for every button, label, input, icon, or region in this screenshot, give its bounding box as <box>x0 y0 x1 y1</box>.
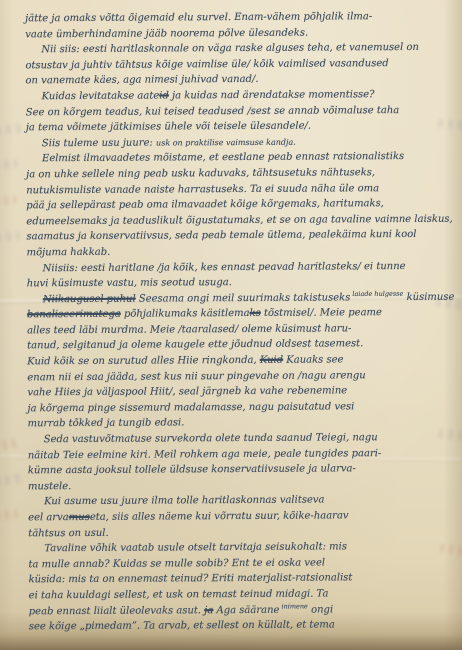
text-segment: jätte ja omaks võtta õigemaid elu survel… <box>25 11 372 24</box>
text-segment: huvi küsimuste vastu, mis seotud usuga. <box>27 277 232 289</box>
text-segment: Kuidas levitatakse aate <box>42 90 160 102</box>
text-segment: enam nii ei saa jääda, sest kus nii suur… <box>27 370 365 383</box>
text-segment: vahe Hiies ja väljaspool Hiit/, seal jär… <box>27 386 347 399</box>
text-segment: eel arva <box>28 512 69 523</box>
text-segment: murrab tõkked ja tungib edasi. <box>28 418 185 430</box>
text-segment: tähtsus on usul. <box>28 527 108 538</box>
bleedthrough-mark <box>0 195 17 207</box>
text-segment: ja kõrgema pinge sissemurd madalamasse, … <box>27 401 354 414</box>
bleedthrough-mark <box>0 509 19 522</box>
text-segment: on vanemate käes, aga nimesi juhivad van… <box>25 74 258 86</box>
handwritten-line: Niikaugusel puhul Seesama ongi meil suur… <box>27 289 458 307</box>
text-segment: Nii siis: eesti haritlaskonnale on väga … <box>41 42 419 55</box>
text-segment: Kuid kõik se on surutud alles Hiie ringk… <box>27 355 260 367</box>
text-segment: põhjalikumaks käsitlema <box>121 308 250 320</box>
text-segment: see kõige „pimedam”. Ta arvab, et selles… <box>29 620 335 633</box>
text-segment: ta mulle annab? Kuidas se mulle sobib? E… <box>28 557 325 570</box>
handwritten-line: saamatus ja konservatiivsus, seda peab t… <box>26 227 457 245</box>
struck-text-segment: ks <box>250 308 261 319</box>
letter-page: jätte ja omaks võtta õigemaid elu survel… <box>0 0 462 650</box>
handwritten-line: Nii siis: eesti haritlaskonnale on väga … <box>25 40 456 58</box>
struck-text-segment: id <box>159 90 169 101</box>
text-segment: mõjuma hakkab. <box>27 247 111 259</box>
bleedthrough-mark <box>0 123 22 136</box>
letter-body: jätte ja omaks võtta õigemaid elu survel… <box>25 9 460 635</box>
text-segment: vaate ümberhindamine jääb noorema põlve … <box>25 27 308 40</box>
handwritten-line: Eelmist ilmavaadetes mõistame, et eestla… <box>26 149 457 167</box>
text-segment: Niisiis: eesti haritlane /ja kõik, kes e… <box>43 261 406 274</box>
text-segment: edumeelsemaks ja teaduslikult õigustatum… <box>26 213 452 227</box>
text-segment: pää ja sellepärast peab oma ilmavaadet k… <box>26 198 384 211</box>
bleedthrough-mark <box>0 159 18 170</box>
text-segment: See on kõrgem teadus, kui teised teaduse… <box>26 105 400 118</box>
text-segment: Seesama ongi meil suurimaks takistuseks <box>136 292 351 304</box>
text-segment: ja tema võimete jätkimises ühele või tei… <box>26 121 311 134</box>
handwritten-line: Niisiis: eesti haritlane /ja kõik, kes e… <box>27 258 458 276</box>
struck-text-segment: Niikaugusel puhul <box>43 293 136 305</box>
text-segment: küsida: mis ta on ennemast teinud? Eriti… <box>29 573 353 586</box>
text-segment: mustele. <box>28 481 71 492</box>
text-segment: Kui asume usu juure ilma tolle haritlask… <box>44 495 324 508</box>
text-segment: nutukismuliste vanade naiste harrastusek… <box>26 183 379 196</box>
text-segment: Siis tuleme usu juure: <box>42 137 156 149</box>
text-segment: ongi <box>308 604 333 615</box>
handwritten-line: See on kõrgem teadus, kui teised teaduse… <box>26 102 457 120</box>
bleedthrough-mark <box>0 231 20 242</box>
text-segment: ja kuidas nad ärendatakse momentisse? <box>169 89 375 101</box>
struck-text-segment: ja <box>204 605 213 616</box>
text-segment: Kauaks see <box>283 354 343 365</box>
text-segment: usk on praktilise vaimsuse kandja. <box>156 137 296 147</box>
text-segment: ja on uhke sellele ning peab usku kaduva… <box>26 167 375 180</box>
text-segment: küsimuse <box>403 291 454 302</box>
text-segment: otsustav ja juhtiv tähtsus kõige vaimlis… <box>25 58 388 71</box>
struck-text-segment: Kuid <box>260 355 283 366</box>
text-segment: näitab Teie eelmine kiri. Meil rohkem ag… <box>28 448 382 461</box>
text-segment: peab ennast liialt üleolevaks asut. <box>29 605 205 617</box>
text-segment: kümne aasta jooksul tollele üldsuse kons… <box>28 464 356 477</box>
text-segment: tõstmisel/. Meie peame <box>261 307 382 319</box>
handwritten-line: see kõige „pimedam”. Ta arvab, et selles… <box>29 617 460 635</box>
text-segment: Seda vastuvõtmatuse survekorda olete tun… <box>44 432 378 445</box>
text-segment: Tavaline võhik vaatab usule otselt tarvi… <box>44 542 347 555</box>
bleedthrough-mark <box>0 473 22 487</box>
inserted-text-segment: inimene <box>279 602 308 610</box>
struck-text-segment: banaliseerimatega <box>27 309 121 321</box>
text-segment: Eelmist ilmavaadetes mõistame, et eestla… <box>42 151 404 164</box>
text-segment: saamatus ja konservatiivsus, seda peab t… <box>26 229 416 242</box>
text-segment: tanud, selgitanud ja oleme kaugele ette … <box>27 339 363 352</box>
struck-text-segment: mus <box>69 512 90 523</box>
bleedthrough-mark <box>0 438 19 452</box>
text-segment: ei taha kuuldagi sellest, et usk on tema… <box>29 588 329 601</box>
text-segment: eta, siis alles näeme kui võrratu suur, … <box>90 510 349 523</box>
text-segment: alles teed läbi murdma. Meie /taaralased… <box>27 323 351 336</box>
inserted-text-segment: laiade hulgesse <box>350 289 403 297</box>
text-segment: Aga säärane <box>213 604 279 615</box>
